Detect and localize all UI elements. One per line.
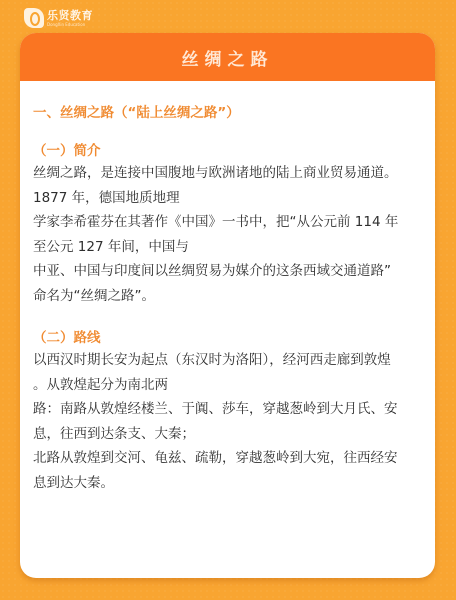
subsection-heading-intro: （一）简介 <box>33 141 422 161</box>
brand-name-en: DongXin Education <box>47 23 93 27</box>
intro-line: 命名为“丝绸之路”。 <box>33 284 422 309</box>
route-line: 。从敦煌起分为南北两 <box>33 373 422 398</box>
section-title: 一、丝绸之路（“陆上丝绸之路”） <box>33 103 422 123</box>
intro-line: 至公元 127 年间，中国与 <box>33 235 422 260</box>
card-header: 丝绸之路 <box>20 33 435 81</box>
content-card: 丝绸之路 一、丝绸之路（“陆上丝绸之路”） （一）简介 丝绸之路，是连接中国腹地… <box>20 33 435 578</box>
intro-line: 学家李希霍芬在其著作《中国》一书中，把“从公元前 114 年 <box>33 210 422 235</box>
route-line: 北路从敦煌到交河、龟兹、疏勒，穿越葱岭到大宛，往西经安 <box>33 446 422 471</box>
brand-logo: 乐贤教育 DongXin Education <box>24 8 93 28</box>
route-line: 息到达大秦。 <box>33 471 422 496</box>
route-line: 息，往西到达条支、大秦； <box>33 422 422 447</box>
intro-line: 丝绸之路，是连接中国腹地与欧洲诸地的陆上商业贸易通道。 <box>33 161 422 186</box>
brand-name-cn: 乐贤教育 <box>47 10 93 21</box>
card-body: 一、丝绸之路（“陆上丝绸之路”） （一）简介 丝绸之路，是连接中国腹地与欧洲诸地… <box>20 81 435 495</box>
brand-logo-icon <box>24 8 44 28</box>
intro-line: 中亚、中国与印度间以丝绸贸易为媒介的这条西域交通道路” <box>33 259 422 284</box>
brand-logo-text: 乐贤教育 DongXin Education <box>47 10 93 27</box>
card-title: 丝绸之路 <box>182 45 274 70</box>
route-line: 以西汉时期长安为起点（东汉时为洛阳），经河西走廊到敦煌 <box>33 348 422 373</box>
intro-line: 1877 年，德国地质地理 <box>33 186 422 211</box>
subsection-heading-route: （二）路线 <box>33 328 422 348</box>
route-line: 路：南路从敦煌经楼兰、于阗、莎车，穿越葱岭到大月氏、安 <box>33 397 422 422</box>
